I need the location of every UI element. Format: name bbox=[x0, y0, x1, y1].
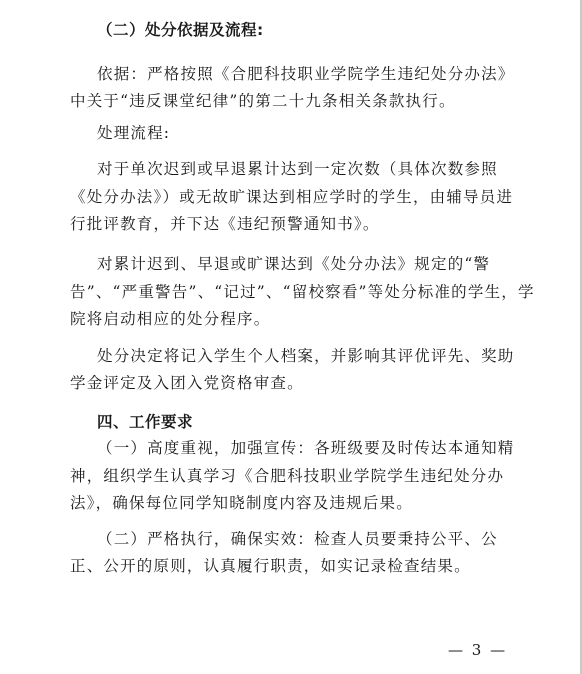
req1-line-3: 法》，确保每位同学知晓制度内容及违规后果。 bbox=[70, 493, 446, 513]
page-number: — 3 — bbox=[448, 640, 507, 660]
para1-line-1: 对于单次迟到或早退累计达到一定次数（具体次数参照 bbox=[97, 159, 473, 179]
process-label: 处理流程: bbox=[97, 123, 473, 143]
para2-line-3: 院将启动相应的处分程序。 bbox=[70, 309, 446, 329]
req2-line-2: 正、公开的原则，认真履行职责，如实记录检查结果。 bbox=[70, 556, 446, 576]
para3-line-2: 学金评定及入团入党资格审查。 bbox=[70, 373, 446, 393]
req1-line-2: 神，组织学生认真学习《合肥科技职业学院学生违纪处分办 bbox=[70, 466, 446, 486]
document-page: （二）处分依据及流程: 依据：严格按照《合肥科技职业学院学生违纪处分办法》 中关… bbox=[0, 0, 582, 674]
para2-line-2: 告”、“严重警告”、“记过”、“留校察看”等处分标准的学生，学 bbox=[70, 282, 446, 302]
para3-line-1: 处分决定将记入学生个人档案，并影响其评优评先、奖助 bbox=[97, 346, 473, 366]
req1-line-1: （一）高度重视，加强宣传：各班级要及时传达本通知精 bbox=[97, 438, 473, 458]
req2-line-1: （二）严格执行，确保实效：检查人员要秉持公平、公 bbox=[97, 529, 473, 549]
basis-line-2: 中关于“违反课堂纪律”的第二十九条相关条款执行。 bbox=[70, 91, 446, 111]
para2-line-1: 对累计迟到、早退或旷课达到《处分办法》规定的“警 bbox=[97, 254, 473, 274]
section4-heading: 四、工作要求 bbox=[97, 412, 473, 432]
para1-line-3: 行批评教育，并下达《违纪预警通知书》。 bbox=[70, 214, 446, 234]
section-heading: （二）处分依据及流程: bbox=[97, 20, 473, 40]
basis-line-1: 依据：严格按照《合肥科技职业学院学生违纪处分办法》 bbox=[97, 64, 473, 84]
para1-line-2: 《处分办法》）或无故旷课达到相应学时的学生，由辅导员进 bbox=[70, 187, 446, 207]
